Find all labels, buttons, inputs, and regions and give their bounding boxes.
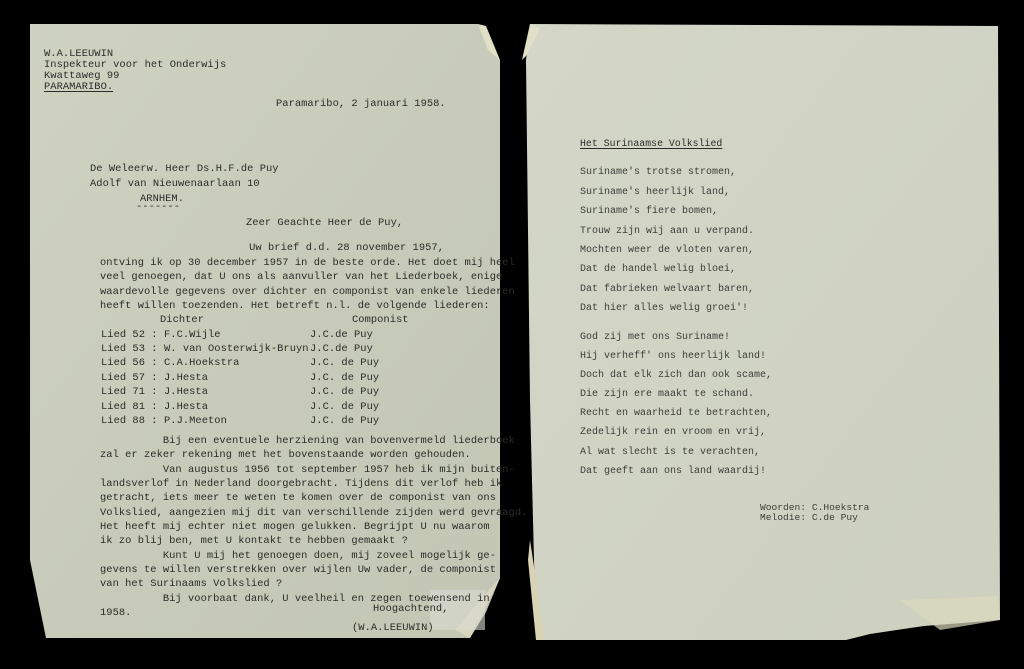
paragraph-line: ontving ik op 30 december 1957 in de bes…	[100, 256, 515, 270]
header-composer: Componist	[352, 313, 409, 327]
poem-line: Mochten weer de vloten varen,	[580, 245, 754, 256]
paragraph-line: veel genoegen, dat U ons als aanvuller v…	[100, 270, 502, 284]
recipient-underline: -------	[136, 200, 180, 214]
poem-line: Zedelijk rein en vroom en vrij,	[580, 427, 766, 438]
composer: J.C.de Puy	[310, 328, 373, 342]
poet: J.Hesta	[164, 371, 208, 385]
paragraph-line: gevens te willen verstrekken over wijlen…	[100, 563, 496, 577]
composer: J.C. de Puy	[310, 385, 379, 399]
paragraph-line: Volkslied, aangezien mij dit van verschi…	[100, 506, 527, 520]
composer: J.C.de Puy	[310, 342, 373, 356]
poem-line: Suriname's fiere bomen,	[580, 206, 718, 217]
paragraph-line: zal er zeker rekening met het bovenstaan…	[100, 448, 471, 462]
place-date: Paramaribo, 2 januari 1958.	[276, 97, 446, 111]
paragraph-line: Het heeft mij echter niet mogen gelukken…	[100, 520, 490, 534]
poem-line: Recht en waarheid te betrachten,	[580, 408, 772, 419]
poet: C.A.Hoekstra	[164, 356, 239, 370]
song-number: Lied 53 :	[101, 342, 158, 356]
paragraph-line: van het Surinaams Volkslied ?	[100, 577, 282, 591]
composer: J.C. de Puy	[310, 356, 379, 370]
recipient-line2: Adolf van Nieuwenaarlaan 10	[90, 177, 260, 191]
poem-line: Suriname's heerlijk land,	[580, 187, 730, 198]
paragraph-line: waardevolle gegevens over dichter en com…	[100, 285, 515, 299]
sender-city: PARAMARIBO.	[44, 80, 113, 94]
paragraph-line: Van augustus 1956 tot september 1957 heb…	[100, 463, 515, 477]
poet: W. van Oosterwijk-Bruyn	[164, 342, 309, 356]
poet: F.C.Wijle	[164, 328, 221, 342]
poem-line: Hij verheff' ons heerlijk land!	[580, 351, 766, 362]
paragraph-line: ik zo blij ben, met U kontakt te hebben …	[100, 534, 408, 548]
poet: J.Hesta	[164, 385, 208, 399]
paragraph-line: landsverlof in Nederland doorgebracht. T…	[100, 477, 502, 491]
paragraph-line: Uw brief d.d. 28 november 1957,	[180, 241, 444, 255]
song-number: Lied 57 :	[101, 371, 158, 385]
salutation: Zeer Geachte Heer de Puy,	[246, 216, 403, 230]
song-number: Lied 56 :	[101, 356, 158, 370]
composer: J.C. de Puy	[310, 414, 379, 428]
poem-line: Dat de handel welig bloei,	[580, 264, 736, 275]
poem-line: Dat geeft aan ons land waardij!	[580, 466, 766, 477]
song-number: Lied 52 :	[101, 328, 158, 342]
poem-line: Al wat slecht is te verachten,	[580, 447, 760, 458]
signature: (W.A.LEEUWIN)	[352, 621, 434, 635]
poet: J.Hesta	[164, 400, 208, 414]
song-number: Lied 71 :	[101, 385, 158, 399]
credit-melody: Melodie: C.de Puy	[760, 512, 858, 523]
paragraph-line: heeft willen toezenden. Het betreft n.l.…	[100, 299, 490, 313]
poet: P.J.Meeton	[164, 414, 227, 428]
paragraph-line: Kunt U mij het genoegen doen, mij zoveel…	[100, 549, 496, 563]
poem-line: Trouw zijn wij aan u verpand.	[580, 226, 754, 237]
poem-line: Suriname's trotse stromen,	[580, 167, 736, 178]
composer: J.C. de Puy	[310, 400, 379, 414]
closing-year: 1958.	[100, 606, 131, 620]
closing-greeting: Hoogachtend,	[373, 602, 448, 616]
paragraph-line: getracht, iets meer te weten te komen ov…	[100, 491, 496, 505]
recipient-line1: De Weleerw. Heer Ds.H.F.de Puy	[90, 162, 279, 176]
song-number: Lied 88 :	[101, 414, 158, 428]
anthem-title: Het Surinaamse Volkslied	[580, 137, 722, 151]
song-number: Lied 81 :	[101, 400, 158, 414]
poem-line: Dat fabrieken welvaart baren,	[580, 284, 754, 295]
header-poet: Dichter	[160, 313, 204, 327]
poem-line: Doch dat elk zich dan ook scame,	[580, 370, 772, 381]
poem-line: Die zijn ere maakt te schand.	[580, 389, 754, 400]
composer: J.C. de Puy	[310, 371, 379, 385]
poem-line: God zij met ons Suriname!	[580, 332, 730, 343]
poem-line: Dat hier alles welig groei'!	[580, 303, 748, 314]
paragraph-line: Bij een eventuele herziening van bovenve…	[100, 434, 515, 448]
